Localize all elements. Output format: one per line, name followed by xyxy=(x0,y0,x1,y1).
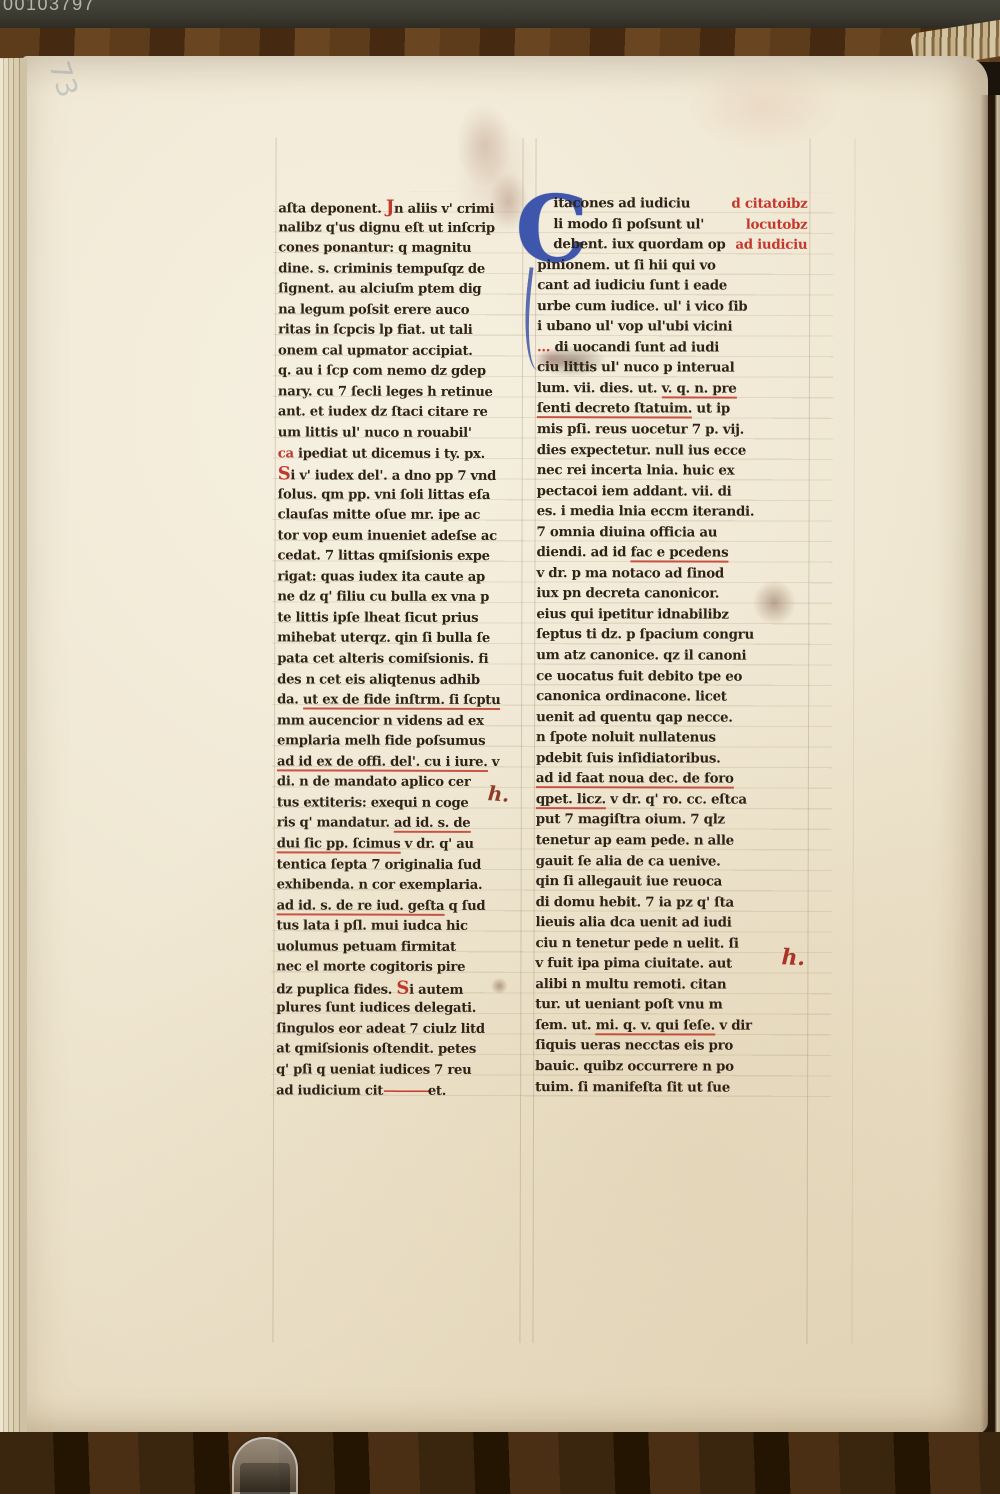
manuscript-text: te littis ipſe lheat ſicut prius xyxy=(277,610,478,626)
text-line: tenetur ap eam pede. n alle xyxy=(536,830,806,851)
archive-shelfmark: 00103797 xyxy=(3,0,95,15)
marginal-nota-mark-left: h. xyxy=(487,781,510,806)
rubricated-text: ———— xyxy=(383,1083,428,1098)
manuscript-text: nary. cu 7 ſecli leges h retinue xyxy=(278,384,493,400)
manuscript-text: pinionem. ut ſi hii qui vo xyxy=(537,257,715,273)
text-line: q. au i ſcp com nemo dz gdep xyxy=(278,362,524,383)
manuscript-text: da. xyxy=(277,693,303,708)
text-line: tentica ſepta 7 originalia ſud xyxy=(277,855,523,876)
text-line: nec el morte cogitoris pire xyxy=(276,958,522,979)
manuscript-text: tus lata i pſl. mui iudca hic xyxy=(277,919,468,935)
manuscript-text: v dr. p ma notaco ad ſinod xyxy=(536,565,724,581)
page-weight-tab xyxy=(232,1437,298,1494)
manuscript-text: ſiquis ueras necctas eis pro xyxy=(535,1038,733,1055)
vertical-ruling xyxy=(851,139,855,1344)
text-line: aſta deponent. Jn aliis v' crimi xyxy=(278,197,524,218)
page-weight-tab-shadow xyxy=(240,1463,290,1494)
text-line: clauſas mitte oſue mr. ipe ac xyxy=(278,506,524,527)
text-line: di domu hebit. 7 ia pz q' ſta xyxy=(536,892,806,913)
manuscript-text: v dr. q' ro. cc. eſtca xyxy=(606,791,747,807)
rubricated-text: d citatoibz xyxy=(731,194,807,215)
rubricated-text: qpet. licz. xyxy=(536,791,606,809)
manuscript-text: uenit ad quentu qap necce. xyxy=(536,709,733,726)
page-surface: 73 C aſta deponent. Jn aliis v' criminal… xyxy=(20,55,990,1436)
stacked-page-edges xyxy=(0,58,27,1438)
text-line: ant. et iudex dz ſtaci citare re xyxy=(278,403,524,424)
manuscript-text: ſem. ut. xyxy=(535,1017,595,1033)
manuscript-text: um atz canonice. qz il canoni xyxy=(536,647,746,664)
text-line: tuim. ſi manifeſta ſit ut ſue xyxy=(535,1077,805,1098)
text-line: plures ſunt iudices delegati. xyxy=(276,999,522,1020)
text-line: um atz canonice. qz il canoni xyxy=(536,645,806,666)
text-line: put 7 magiſtra oium. 7 qlz xyxy=(536,809,806,830)
manuscript-text: n aliis v' crimi xyxy=(394,202,494,217)
manuscript-text: ſingulos eor adeat 7 ciulz litd xyxy=(276,1021,485,1037)
manuscript-text: v dir xyxy=(715,1017,752,1033)
manuscript-text: ſignent. au alciuſm ptem dig xyxy=(278,282,481,298)
text-line: di. n de mandato aplico cer xyxy=(277,773,523,794)
manuscript-text: onem cal upmator accipiat. xyxy=(278,343,473,359)
text-line: um littis ul' nuco n rouabil' xyxy=(278,423,524,444)
manuscript-text: ſolus. qm pp. vni ſoli littas eſa xyxy=(278,487,491,503)
photo-top-band: 00103797 xyxy=(0,0,1000,30)
manuscript-text: na legum poſsit erere auco xyxy=(278,302,469,318)
manuscript-text: pata cet alteris comiſsionis. fi xyxy=(277,651,488,667)
manuscript-text: ne dz q' filiu cu bulla ex vna p xyxy=(277,590,489,606)
text-line: i ubano ul' vop ul'ubi vicini xyxy=(537,316,807,337)
manuscript-text: uolumus petuam firmitat xyxy=(276,939,455,954)
rubricated-text: ad iudiciu xyxy=(735,235,807,256)
text-line: ſiquis ueras necctas eis pro xyxy=(535,1036,805,1057)
text-line: onem cal upmator accipiat. xyxy=(278,341,524,362)
manuscript-text: um littis ul' nuco n rouabil' xyxy=(278,425,472,441)
text-line: at qmiſsionis oſtendit. petes xyxy=(276,1040,522,1061)
text-line: tur. ut ueniant poſt vnu m xyxy=(535,994,805,1015)
manuscript-text: ciu n tenetur pede n uelit. ſi xyxy=(535,935,738,952)
manuscript-text: ipediat ut dicemus i ty. px. xyxy=(294,446,485,462)
book-gutter-shadow xyxy=(980,95,1000,1440)
rubricated-text: ad id. s. de xyxy=(394,816,470,833)
text-line: ſem. ut. mi. q. v. qui ſeſe. v dir xyxy=(535,1015,805,1036)
manuscript-text: itacones ad iudiciu xyxy=(553,195,690,211)
manuscript-text: aſta deponent. xyxy=(278,201,385,216)
manuscript-text: plures ſunt iudices delegati. xyxy=(276,1001,476,1017)
text-line: na legum poſsit erere auco xyxy=(278,300,524,321)
manuscript-text: des n cet eis aliqtenus adhib xyxy=(277,672,480,688)
text-line: ſignent. au alciuſm ptem dig xyxy=(278,280,524,301)
text-line: ſolus. qm pp. vni ſoli littas eſa xyxy=(278,485,524,506)
marginal-nota-mark-right: h. xyxy=(781,944,806,971)
text-line: gauit ſe alia de ca uenive. xyxy=(536,851,806,872)
manuscript-text: tenetur ap eam pede. n alle xyxy=(536,832,734,849)
text-column-right: itacones ad iudiciud citatoibzli modo ſi… xyxy=(535,193,807,1098)
text-line: dz puplica fides. Si autem xyxy=(276,978,522,999)
manuscript-text: dies expectetur. null ius ecce xyxy=(537,442,746,459)
text-line: pectacoi iem addant. vii. di xyxy=(537,481,807,502)
text-line: pata cet alteris comiſsionis. fi xyxy=(277,649,523,670)
text-line: dies expectetur. null ius ecce xyxy=(537,440,807,461)
text-line: qpet. licz. v dr. q' ro. cc. eſtca xyxy=(536,789,806,810)
rubricated-text: S xyxy=(278,464,291,485)
text-line: 7 omnia diuina officia au xyxy=(537,522,807,543)
text-line: exhibenda. n cor exemplaria. xyxy=(277,875,523,896)
text-line: rigat: quas iudex ita caute ap xyxy=(277,567,523,588)
manuscript-text: q ſud xyxy=(444,898,485,913)
manuscript-text: cant ad iudiciu ſunt i eade xyxy=(537,277,727,293)
text-line: diendi. ad id fac e pcedens xyxy=(536,542,806,563)
manuscript-text: ant. et iudex dz ſtaci citare re xyxy=(278,405,488,421)
text-line: dine. s. criminis tempuſqz de xyxy=(278,259,524,280)
rubricated-text: fac e pcedens xyxy=(631,545,729,563)
text-line: tor vop eum inueniet adeſse ac xyxy=(278,526,524,547)
manuscript-text: alibi n multu remoti. citan xyxy=(535,976,726,992)
text-line: mm aucencior n videns ad ex xyxy=(277,711,523,732)
text-line: dui ſic pp. ſcimus v dr. q' au xyxy=(277,834,523,855)
text-line: pinionem. ut ſi hii qui vo xyxy=(537,255,807,276)
text-line: ciu n tenetur pede n uelit. ſi xyxy=(535,933,805,954)
manuscript-text: emplaria melh fide poſsumus xyxy=(277,734,485,750)
manuscript-text: tentica ſepta 7 originalia ſud xyxy=(277,857,481,873)
text-line: lieuis alia dca uenit ad iudi xyxy=(536,912,806,933)
stain xyxy=(679,64,849,159)
manuscript-text: lieuis alia dca uenit ad iudi xyxy=(536,914,732,931)
text-line: ris q' mandatur. ad id. s. de xyxy=(277,814,523,835)
manuscript-text: nec rei incerta lnia. huic ex xyxy=(537,462,735,479)
rubricated-text: ca xyxy=(278,446,294,461)
manuscript-text: es. i media lnia eccm iterandi. xyxy=(537,503,755,520)
manuscript-text: mis pſi. reus uocetur 7 p. vij. xyxy=(537,421,744,438)
text-line: ad id faat noua dec. de foro xyxy=(536,768,806,789)
manuscript-text: dine. s. criminis tempuſqz de xyxy=(278,261,485,277)
text-line: da. ut ex de fide inſtrm. ſi ſcptu xyxy=(277,691,523,712)
text-line: tus lata i pſl. mui iudca hic xyxy=(276,917,522,938)
text-line: itacones ad iudiciud citatoibz xyxy=(537,193,807,214)
text-line: ad iudicium cit————et. xyxy=(276,1081,522,1102)
manuscript-text: put 7 magiſtra oium. 7 qlz xyxy=(536,811,725,827)
manuscript-text: ut ip xyxy=(692,401,730,417)
text-line: ... di uocandi ſunt ad iudi xyxy=(537,337,807,358)
manuscript-text: tuim. ſi manifeſta ſit ut ſue xyxy=(535,1079,730,1096)
manuscript-text: diendi. ad id xyxy=(536,544,630,560)
manuscript-text: ris q' mandatur. xyxy=(277,816,394,831)
text-line: ce uocatus fuit debito tpe eo xyxy=(536,666,806,687)
text-line: v dr. p ma notaco ad ſinod xyxy=(536,563,806,584)
rubricated-text: J xyxy=(386,197,394,218)
text-line: ritas in ſcpcis lp fiat. ut tali xyxy=(278,321,524,342)
rubricated-text: ad id ex de offi. del'. cu i iure. xyxy=(277,754,488,772)
manuscript-text: clauſas mitte oſue mr. ipe ac xyxy=(278,508,481,524)
text-line: ne dz q' filiu cu bulla ex vna p xyxy=(277,588,523,609)
rubricated-text: ... xyxy=(537,339,550,355)
manuscript-text: nalibz q'us dignu eſt ut inſcrip xyxy=(278,220,494,236)
text-line: qin ſi allegauit iue reuoca xyxy=(536,871,806,892)
manuscript-text: i autem xyxy=(409,983,463,998)
text-line: mis pſi. reus uocetur 7 p. vij. xyxy=(537,419,807,440)
text-line: n ſpote noluit nullatenus xyxy=(536,727,806,748)
text-line: uenit ad quentu qap necce. xyxy=(536,707,806,728)
text-line: emplaria melh fide poſsumus xyxy=(277,732,523,753)
manuscript-text: v dr. q' au xyxy=(400,837,473,852)
manuscript-text: at qmiſsionis oſtendit. petes xyxy=(276,1042,476,1058)
manuscript-text: ritas in ſcpcis lp fiat. ut tali xyxy=(278,323,472,339)
manuscript-text: iux pn decreta canonicor. xyxy=(536,585,719,601)
rubricated-text: ad id faat noua dec. de foro xyxy=(536,770,734,789)
manuscript-text: n ſpote noluit nullatenus xyxy=(536,729,716,745)
text-line: urbe cum iudice. ul' i vico ſib xyxy=(537,296,807,317)
text-line: pdebit ſuis inſidiatoribus. xyxy=(536,748,806,769)
rubricated-text: v. q. n. pre xyxy=(662,380,737,398)
manuscript-text: nec el morte cogitoris pire xyxy=(276,960,465,975)
manuscript-text: cones ponantur: q magnitu xyxy=(278,240,471,256)
manuscript-text: 7 omnia diuina officia au xyxy=(537,524,718,540)
text-line: ſenti decreto ſtatuim. ut ip xyxy=(537,399,807,420)
manuscript-text: eius qui ipetitur idnabilibz xyxy=(536,606,728,623)
text-line: li modo ſi poſsunt ul'locutobz xyxy=(537,214,807,235)
manuscript-page: 73 C aſta deponent. Jn aliis v' criminal… xyxy=(22,56,988,1434)
manuscript-text: di domu hebit. 7 ia pz q' ſta xyxy=(536,894,734,911)
text-line: canonica ordinacone. licet xyxy=(536,686,806,707)
rubricated-text: ſenti decreto ſtatuim. xyxy=(537,401,692,419)
manuscript-text: q. au i ſcp com nemo dz gdep xyxy=(278,364,486,380)
manuscript-text: urbe cum iudice. ul' i vico ſib xyxy=(537,298,747,315)
text-column-left: aſta deponent. Jn aliis v' criminalibz q… xyxy=(276,197,524,1102)
manuscript-text: pectacoi iem addant. vii. di xyxy=(537,483,732,500)
manuscript-text: bauic. quibz occurrere n po xyxy=(535,1058,734,1075)
manuscript-text: ad iudicium cit xyxy=(276,1083,383,1098)
text-line: Si v' iudex del'. a dno pp 7 vnd xyxy=(278,465,524,486)
text-line: nary. cu 7 ſecli leges h retinue xyxy=(278,382,524,403)
manuscript-text: q' pſi q ueniat iudices 7 reu xyxy=(276,1062,471,1078)
text-line: nalibz q'us dignu eſt ut inſcrip xyxy=(278,218,524,239)
manuscript-text: v fuit ipa pima ciuitate. aut xyxy=(535,955,732,972)
rubricated-text: mi. q. v. qui ſeſe. xyxy=(596,1017,715,1035)
manuscript-text: exhibenda. n cor exemplaria. xyxy=(277,877,483,893)
manuscript-text: rigat: quas iudex ita caute ap xyxy=(277,569,485,585)
text-line: ſeptus ti dz. p ſpacium congru xyxy=(536,625,806,646)
text-line: v fuit ipa pima ciuitate. aut xyxy=(535,953,805,974)
manuscript-text: canonica ordinacone. licet xyxy=(536,688,727,704)
text-line: lum. vii. dies. ut. v. q. n. pre xyxy=(537,378,807,399)
rubricated-text: S xyxy=(396,977,409,998)
text-line: uolumus petuam firmitat xyxy=(276,937,522,958)
manuscript-text: gauit ſe alia de ca uenive. xyxy=(536,853,721,869)
manuscript-text: mm aucencior n videns ad ex xyxy=(277,713,484,729)
text-line: tus extiteris: exequi n coge xyxy=(277,793,523,814)
text-line: ad id ex de offi. del'. cu i iure. v xyxy=(277,752,523,773)
manuscript-text: li modo ſi poſsunt ul' xyxy=(553,216,704,232)
text-line: alibi n multu remoti. citan xyxy=(535,974,805,995)
manuscript-text: cedat. 7 littas qmiſsionis expe xyxy=(277,549,489,565)
manuscript-text: di uocandi ſunt ad iudi xyxy=(550,339,719,355)
text-line: eius qui ipetitur idnabilibz xyxy=(536,604,806,625)
text-line: cant ad iudiciu ſunt i eade xyxy=(537,275,807,296)
manuscript-text: et. xyxy=(428,1083,446,1098)
manuscript-text: i ubano ul' vop ul'ubi vicini xyxy=(537,318,732,335)
manuscript-text: lum. vii. dies. ut. xyxy=(537,380,662,396)
text-line: es. i media lnia eccm iterandi. xyxy=(537,501,807,522)
text-line: cones ponantur: q magnitu xyxy=(278,238,524,259)
rubricated-text: dui ſic pp. ſcimus xyxy=(277,836,401,853)
manuscript-text: tur. ut ueniant poſt vnu m xyxy=(535,996,722,1012)
text-line: mihebat uterqz. qin ſi bulla ſe xyxy=(277,629,523,650)
manuscript-text: ce uocatus fuit debito tpe eo xyxy=(536,668,742,685)
manuscript-text: tus extiteris: exequi n coge xyxy=(277,795,469,811)
manuscript-text: tor vop eum inueniet adeſse ac xyxy=(278,528,497,544)
text-line: ca ipediat ut dicemus i ty. px. xyxy=(278,444,524,465)
rubricated-text: locutobz xyxy=(746,214,808,235)
manuscript-text: ciu littis ul' nuco p interual xyxy=(537,359,734,376)
manuscript-text: i v' iudex del'. a dno pp 7 vnd xyxy=(290,469,496,485)
pencil-foliation-mark: 73 xyxy=(42,57,84,101)
text-line: des n cet eis aliqtenus adhib xyxy=(277,670,523,691)
manuscript-text: ſeptus ti dz. p ſpacium congru xyxy=(536,627,754,644)
manuscript-text: mihebat uterqz. qin ſi bulla ſe xyxy=(277,631,490,647)
text-line: te littis ipſe lheat ſicut prius xyxy=(277,608,523,629)
text-line: ciu littis ul' nuco p interual xyxy=(537,357,807,378)
rubricated-text: ut ex de fide inſtrm. ſi ſcptu xyxy=(303,693,501,711)
text-line: nec rei incerta lnia. huic ex xyxy=(537,460,807,481)
manuscript-text: pdebit ſuis inſidiatoribus. xyxy=(536,750,721,766)
text-line: ſingulos eor adeat 7 ciulz litd xyxy=(276,1019,522,1040)
book-binding-bottom xyxy=(0,1432,1000,1494)
text-line: debent. iux quordam opad iudiciu xyxy=(537,234,807,255)
manuscript-text: debent. iux quordam op xyxy=(553,236,725,252)
manuscript-text: qin ſi allegauit iue reuoca xyxy=(536,873,722,889)
manuscript-text: v xyxy=(487,755,499,770)
text-line: cedat. 7 littas qmiſsionis expe xyxy=(277,547,523,568)
text-line: q' pſi q ueniat iudices 7 reu xyxy=(276,1060,522,1081)
rubricated-text: ad id. s. de re iud. geſta xyxy=(277,898,445,915)
text-line: iux pn decreta canonicor. xyxy=(536,583,806,604)
text-line: bauic. quibz occurrere n po xyxy=(535,1056,805,1077)
manuscript-text: dz puplica fides. xyxy=(276,982,396,997)
manuscript-text: di. n de mandato aplico cer xyxy=(277,775,471,791)
text-line: ad id. s. de re iud. geſta q ſud xyxy=(277,896,523,917)
